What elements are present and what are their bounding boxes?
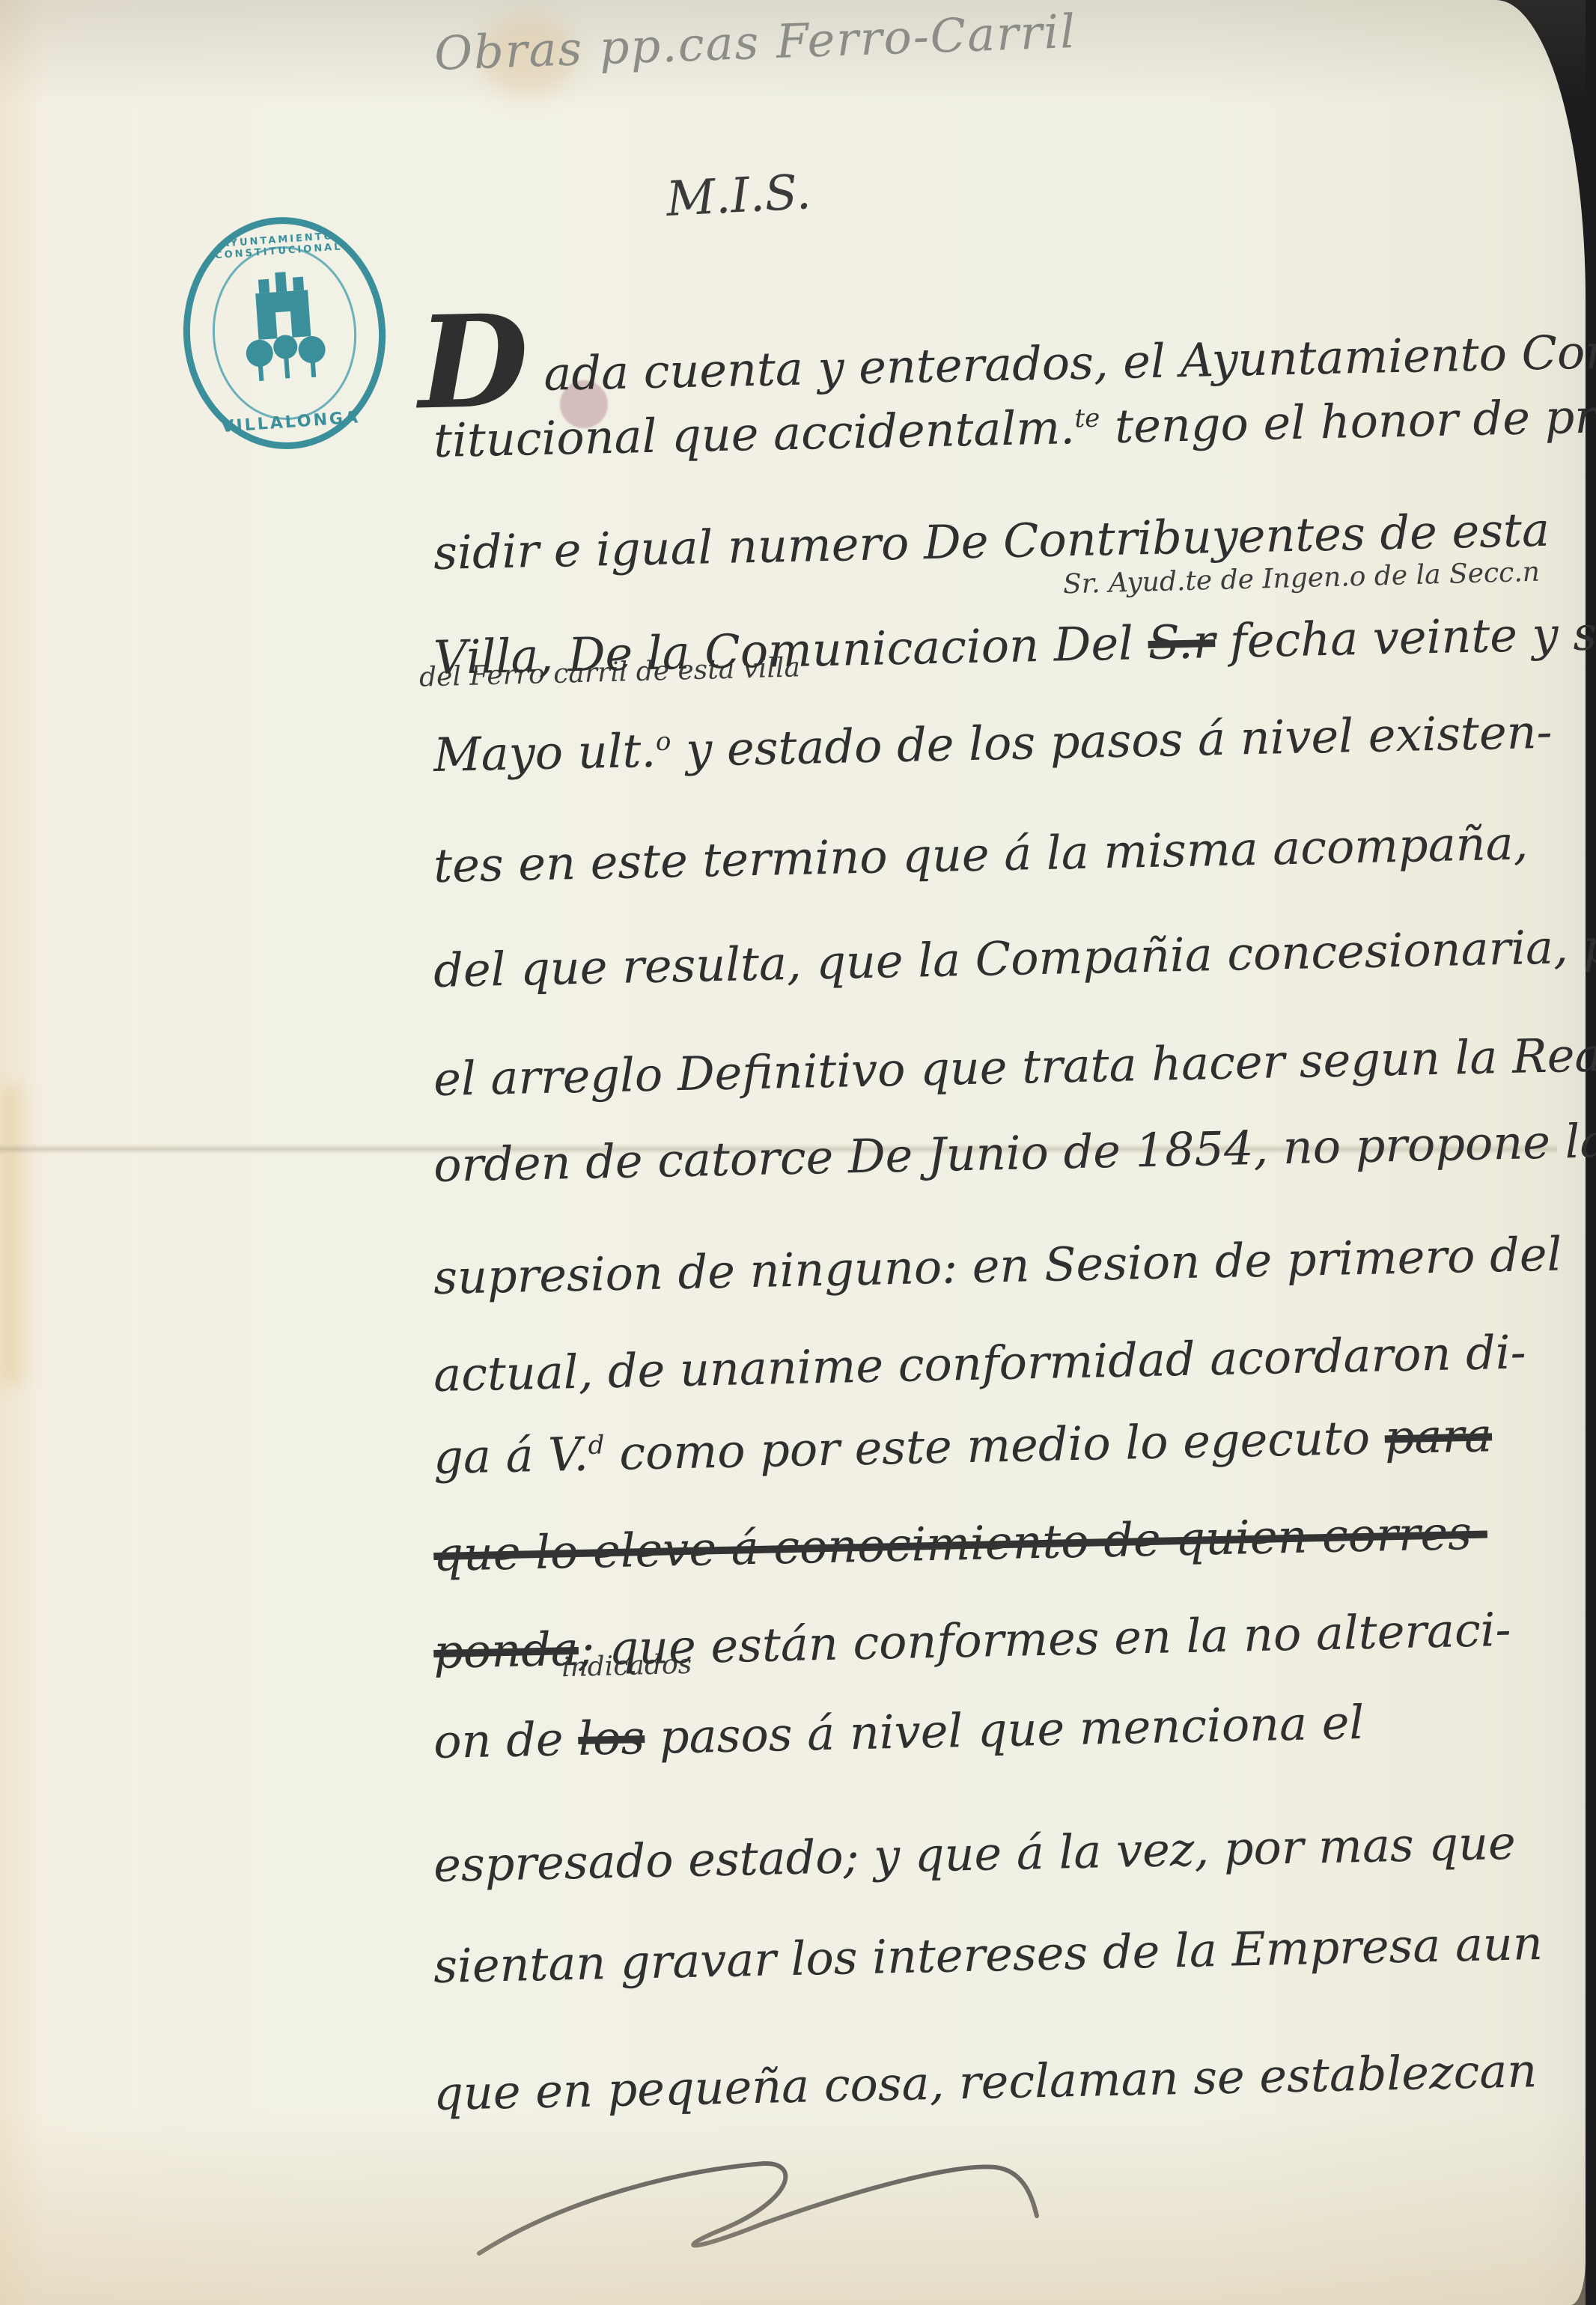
struck-text: para xyxy=(1384,1407,1493,1464)
text-line-16: espresado estado; y que á la vez, por ma… xyxy=(433,1815,1516,1893)
text-line-14: ponda; que están conformes en la no alte… xyxy=(433,1602,1511,1679)
text-line-1: Dada cuenta y enterados, el Ayuntamiento… xyxy=(431,260,1596,412)
text-line-5: Mayo ult.o y estado de los pasos á nivel… xyxy=(433,704,1553,782)
struck-text: S.r xyxy=(1148,614,1216,670)
line-text: que en pequeña cosa, reclaman se estable… xyxy=(433,2043,1537,2121)
text-line-9: orden de catorce De Junio de 1854, no pr… xyxy=(433,1113,1596,1193)
municipal-stamp: AYUNTAMIENTO CONSTITUCIONAL VILLALONGA xyxy=(176,210,394,456)
line-text: orden de catorce De Junio de 1854, no pr… xyxy=(433,1113,1596,1193)
manuscript-page: Obras pp.cas Ferro-Carril AYUNTAMIENTO C… xyxy=(0,0,1586,2305)
text-line-10: supresion de ninguno: en Sesion de prime… xyxy=(433,1226,1562,1305)
line-text: sientan gravar los intereses de la Empre… xyxy=(433,1916,1543,1994)
text-line-7: del que resulta, que la Compañia concesi… xyxy=(433,918,1596,998)
text-line-6: tes en este termino que á la misma acomp… xyxy=(433,815,1528,893)
line-text: fecha veinte y seis de xyxy=(1214,603,1596,669)
superscript: d xyxy=(588,1431,605,1461)
salutation-heading: M.I.S. xyxy=(665,165,812,228)
text-line-18: que en pequeña cosa, reclaman se estable… xyxy=(433,2043,1537,2121)
superscript: te xyxy=(1074,404,1100,434)
text-line-12: ga á V.d como por este medio lo egecuto … xyxy=(433,1407,1492,1485)
struck-text: que lo eleve á conocimiento de quien cor… xyxy=(433,1505,1487,1582)
line-text: Mayo ult. xyxy=(433,723,656,782)
line-text: tengo el honor de pre- xyxy=(1100,388,1596,454)
paper-stain-left-edge xyxy=(0,1085,22,1385)
superscript: o xyxy=(655,727,671,757)
line-text: on de xyxy=(433,1711,579,1769)
line-text: como por este medio lo egecuto xyxy=(604,1410,1386,1481)
line-text: ; que están conformes en la no alteraci- xyxy=(578,1602,1511,1676)
text-line-11: actual, de unanime conformidad acordaron… xyxy=(433,1324,1526,1402)
line-text: tes en este termino que á la misma acomp… xyxy=(433,815,1528,893)
line-text: espresado estado; y que á la vez, por ma… xyxy=(433,1815,1516,1893)
text-line-8: el arreglo Definitivo que trata hacer se… xyxy=(433,1027,1596,1106)
line-text: y estado de los pasos á nivel existen- xyxy=(671,704,1553,778)
line-text: el arreglo Definitivo que trata hacer se… xyxy=(433,1027,1596,1106)
castle-emblem-icon xyxy=(231,260,338,394)
text-line-15: on de los pasos á nivel que menciona el xyxy=(433,1695,1364,1769)
struck-text: los xyxy=(577,1710,645,1766)
text-line-17: sientan gravar los intereses de la Empre… xyxy=(433,1916,1543,1994)
closing-flourish-icon xyxy=(449,2141,1123,2261)
line-text: pasos á nivel que menciona el xyxy=(644,1695,1364,1764)
text-line-13: que lo eleve á conocimiento de quien cor… xyxy=(433,1505,1487,1582)
line-text: ada cuenta y enterados, el Ayuntamiento … xyxy=(543,324,1596,401)
line-text: Villa, De la Comunicacion Del xyxy=(433,615,1148,685)
struck-text: ponda xyxy=(433,1622,579,1679)
line-text: ga á V. xyxy=(433,1427,588,1485)
line-text: supresion de ninguno: en Sesion de prime… xyxy=(433,1226,1562,1305)
line-text: del que resulta, que la Compañia concesi… xyxy=(433,919,1596,998)
line-text: actual, de unanime conformidad acordaron… xyxy=(433,1324,1526,1402)
text-line-4: Villa, De la Comunicacion Del S.r fecha … xyxy=(433,603,1596,685)
line-text: titucional que accidentalm. xyxy=(433,400,1075,468)
